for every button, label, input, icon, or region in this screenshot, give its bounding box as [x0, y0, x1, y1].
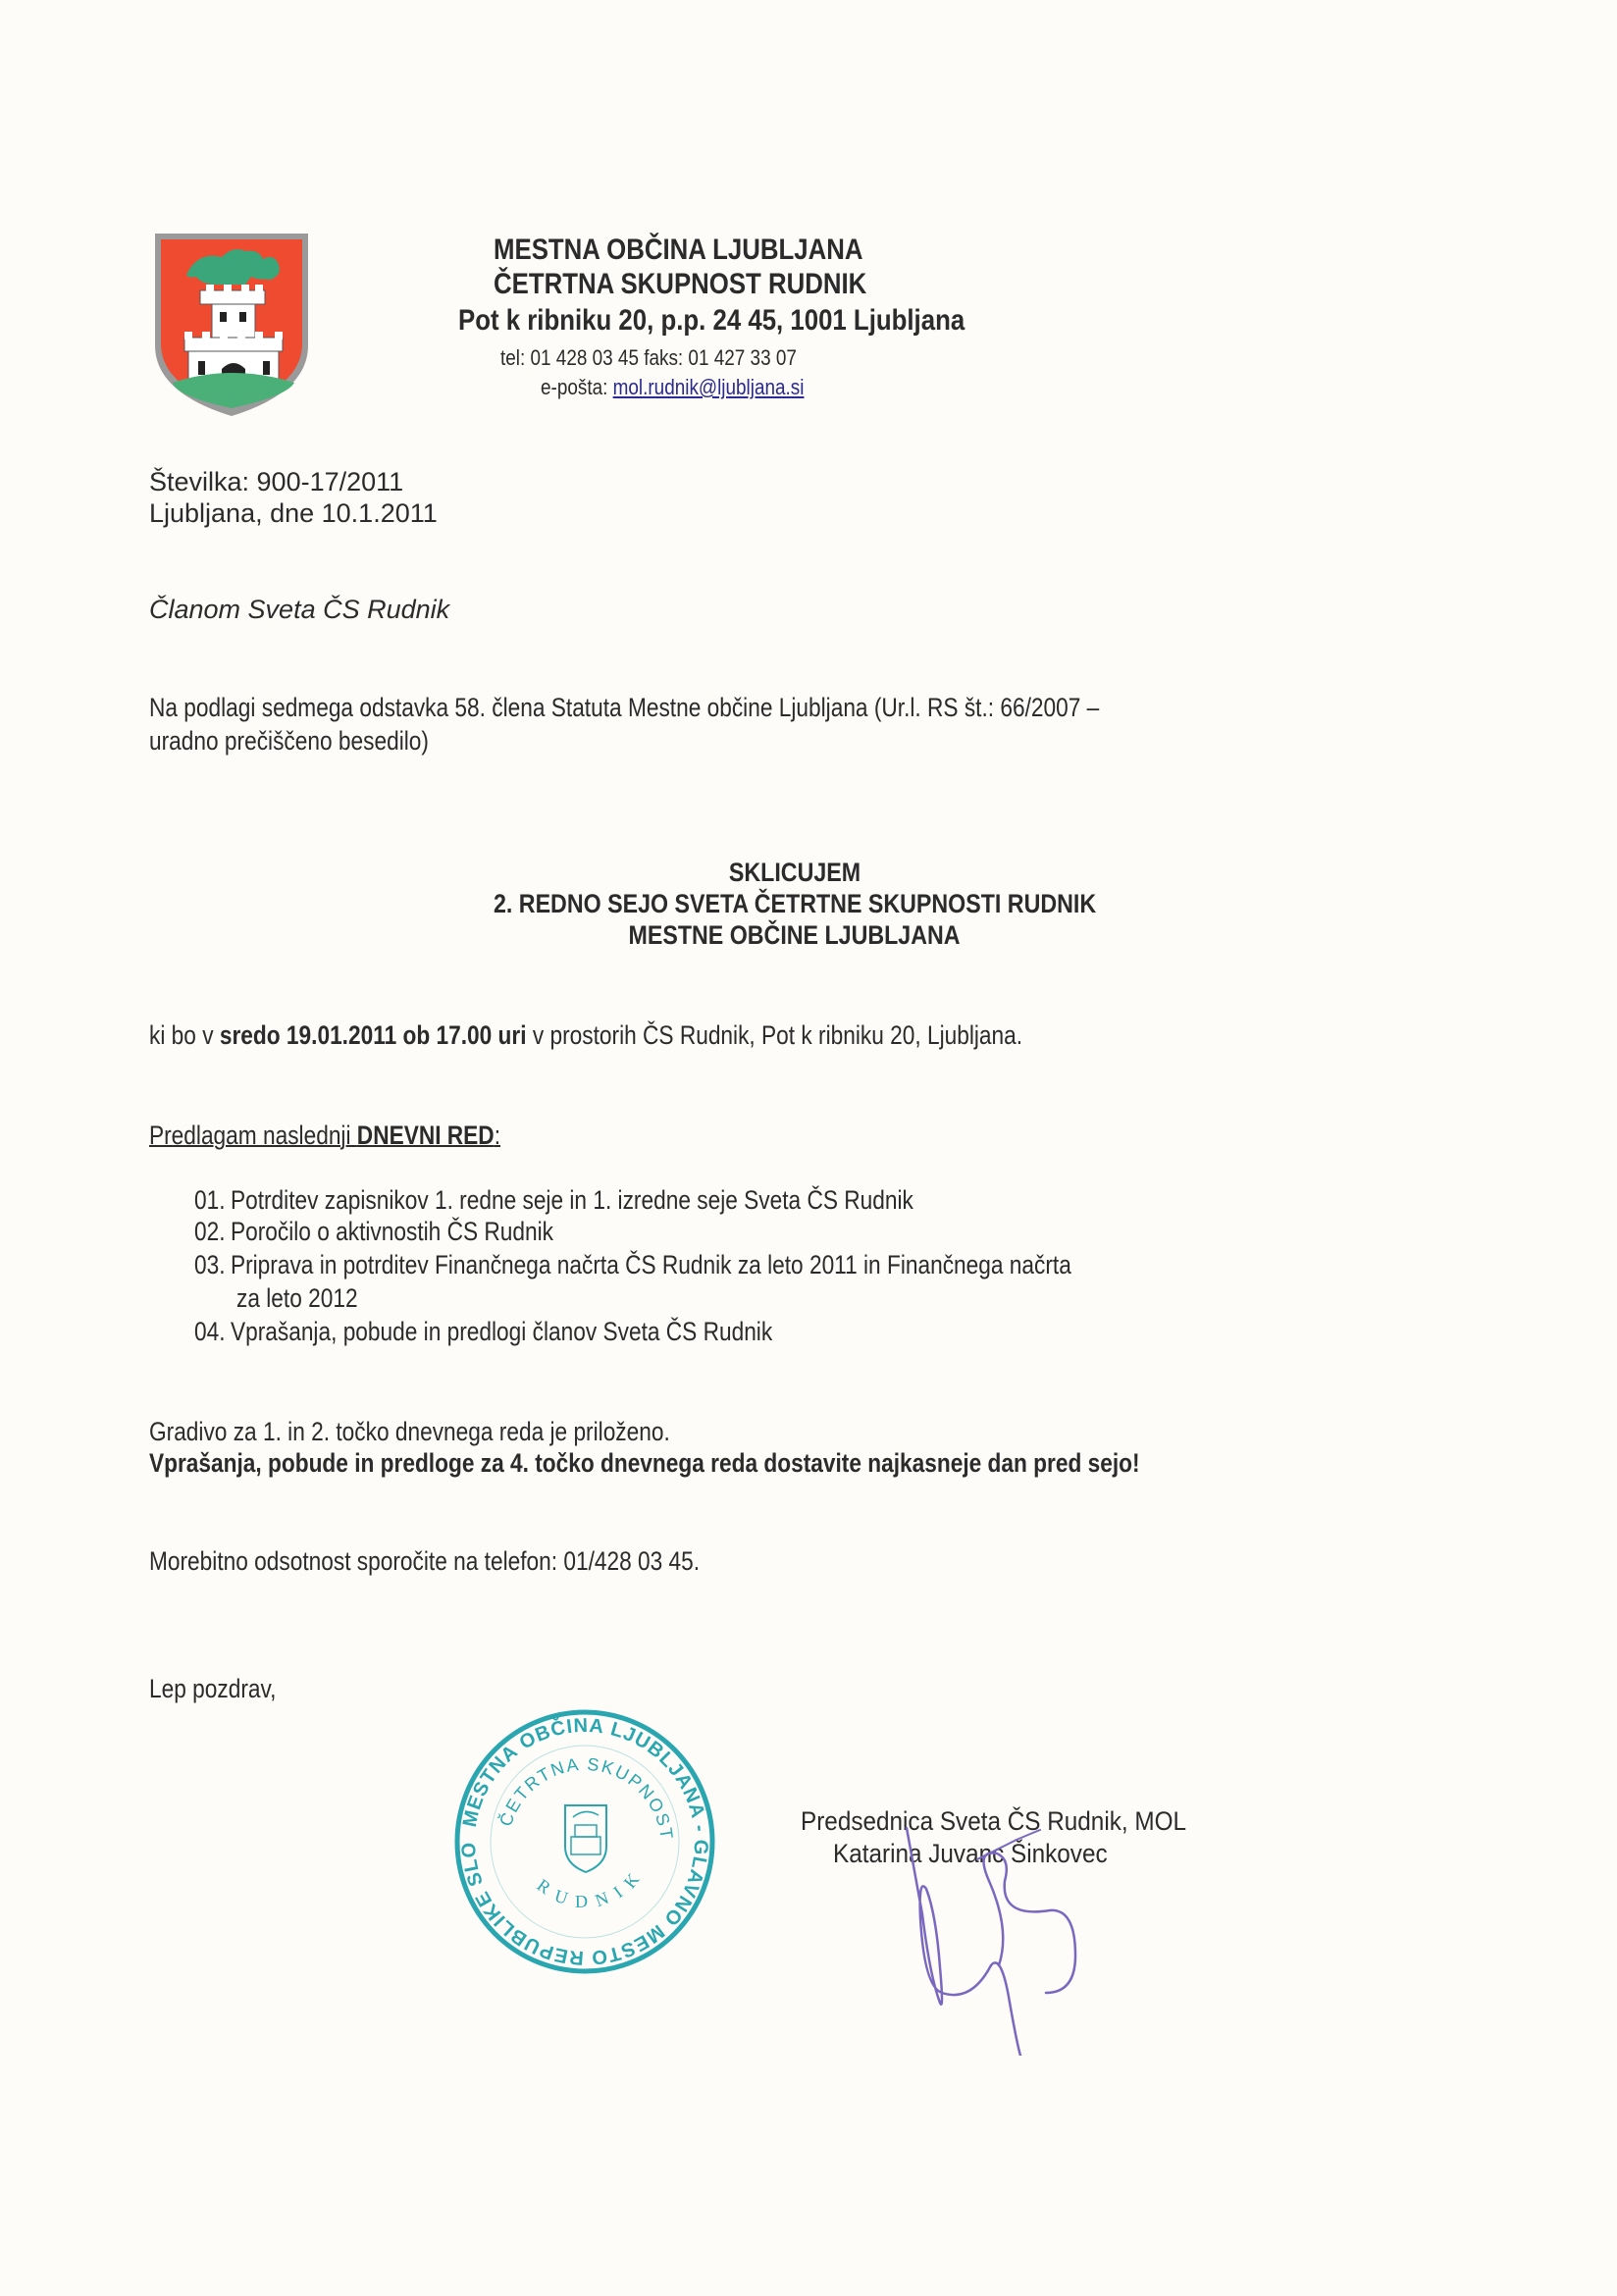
materials-note: Gradivo za 1. in 2. točko dnevnega reda …	[149, 1417, 670, 1447]
agenda-item-text: Potrditev zapisnikov 1. redne seje in 1.…	[231, 1185, 913, 1215]
legal-basis-line1: Na podlagi sedmega odstavka 58. člena St…	[149, 693, 1099, 723]
agenda-item: 02.Poročilo o aktivnostih ČS Rudnik	[194, 1217, 553, 1247]
absence-note: Morebitno odsotnost sporočite na telefon…	[149, 1546, 700, 1577]
meeting-prefix: ki bo v	[149, 1020, 220, 1050]
district-name: ČETRTNA SKUPNOST RUDNIK	[494, 268, 866, 301]
municipality-name: MESTNA OBČINA LJUBLJANA	[494, 234, 863, 267]
deadline-note: Vprašanja, pobude in predloge za 4. točk…	[149, 1448, 1140, 1479]
email-link[interactable]: mol.rudnik@ljubljana.si	[613, 375, 805, 399]
agenda-item-text: Vprašanja, pobude in predlogi članov Sve…	[231, 1317, 772, 1346]
agenda-item: 01.Potrditev zapisnikov 1. redne seje in…	[194, 1185, 913, 1216]
recipient: Članom Sveta ČS Rudnik	[149, 595, 449, 625]
email-line: e-pošta: mol.rudnik@ljubljana.si	[541, 375, 804, 400]
convocation-heading: SKLICUJEM	[729, 858, 861, 888]
convocation-municipality: MESTNE OBČINE LJUBLJANA	[629, 920, 961, 951]
agenda-item-number: 02.	[194, 1217, 231, 1247]
agenda-item-number: 04.	[194, 1317, 231, 1347]
place-date: Ljubljana, dne 10.1.2011	[149, 498, 438, 529]
agenda-item-number: 03.	[194, 1250, 231, 1280]
agenda-colon: :	[495, 1121, 500, 1150]
legal-basis-line2: uradno prečiščeno besedilo)	[149, 726, 429, 757]
email-label: e-pošta:	[541, 375, 613, 399]
official-stamp-icon: MESTNA OBČINA LJUBLJANA - GLAVNO MESTO R…	[453, 1709, 716, 1974]
meeting-info: ki bo v sredo 19.01.2011 ob 17.00 uri v …	[149, 1020, 1022, 1051]
agenda-item: 04.Vprašanja, pobude in predlogi članov …	[194, 1317, 772, 1347]
agenda-item-continuation: za leto 2012	[236, 1283, 358, 1314]
agenda-heading: Predlagam naslednji DNEVNI RED:	[149, 1121, 500, 1151]
postal-address: Pot k ribniku 20, p.p. 24 45, 1001 Ljubl…	[458, 304, 965, 338]
svg-text:ČETRTNA SKUPNOST: ČETRTNA SKUPNOST	[495, 1754, 677, 1843]
document-number: Številka: 900-17/2011	[149, 467, 403, 497]
phone-fax: tel: 01 428 03 45 faks: 01 427 33 07	[500, 345, 797, 371]
agenda-item-number: 01.	[194, 1185, 231, 1216]
closing-greeting: Lep pozdrav,	[149, 1674, 276, 1704]
handwritten-signature-icon	[883, 1820, 1138, 2056]
agenda-item-text: Poročilo o aktivnostih ČS Rudnik	[231, 1217, 553, 1246]
ljubljana-coat-of-arms-icon	[149, 228, 314, 420]
agenda-title: DNEVNI RED	[357, 1121, 495, 1150]
meeting-datetime: sredo 19.01.2011 ob 17.00 uri	[220, 1020, 527, 1050]
agenda-intro: Predlagam naslednji	[149, 1121, 357, 1150]
agenda-item: 03.Priprava in potrditev Finančnega načr…	[194, 1250, 1071, 1280]
meeting-location: v prostorih ČS Rudnik, Pot k ribniku 20,…	[527, 1020, 1023, 1050]
stamp-inner-text: ČETRTNA SKUPNOST	[495, 1754, 677, 1843]
agenda-item-text: Priprava in potrditev Finančnega načrta …	[231, 1250, 1071, 1279]
convocation-session: 2. REDNO SEJO SVETA ČETRTNE SKUPNOSTI RU…	[494, 889, 1096, 919]
